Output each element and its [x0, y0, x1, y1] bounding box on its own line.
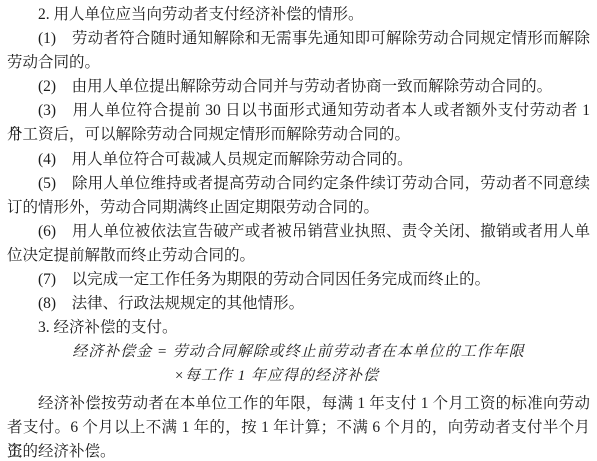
- document-page: 2. 用人单位应当向劳动者支付经济补偿的情形。 (1) 劳动者符合随时通知解除和…: [0, 0, 597, 461]
- doc-line-item1-cont: 劳动合同的。: [7, 51, 590, 75]
- doc-line-item6-cont: 位决定提前解散而终止劳动合同的。: [7, 244, 590, 268]
- doc-line-para: 经济补偿按劳动者在本单位工作的年限，每满 1 年支付 1 个月工资的标准向劳动: [7, 392, 590, 416]
- doc-line-item1: (1) 劳动者符合随时通知解除和无需事先通知即可解除劳动合同规定情形而解除: [7, 27, 590, 51]
- doc-line-item3-cont: 月工资后，可以解除劳动合同规定情形而解除劳动合同的。: [7, 123, 590, 147]
- doc-line-item6: (6) 用人单位被依法宣告破产或者被吊销营业执照、责令关闭、撤销或者用人单: [7, 220, 590, 244]
- doc-line-item7: (7) 以完成一定工作任务为期限的劳动合同因任务完成而终止的。: [7, 268, 590, 292]
- doc-line-item4: (4) 用人单位符合可裁减人员规定而解除劳动合同的。: [7, 148, 590, 172]
- doc-line-item3: (3) 用人单位符合提前 30 日以书面形式通知劳动者本人或者额外支付劳动者 1…: [7, 99, 590, 123]
- doc-line-heading-2: 2. 用人单位应当向劳动者支付经济补偿的情形。: [7, 3, 590, 27]
- doc-line-item5-cont: 订的情形外，劳动合同期满终止固定期限劳动合同的。: [7, 196, 590, 220]
- doc-line-item5: (5) 除用人单位维持或者提高劳动合同约定条件续订劳动合同，劳动者不同意续: [7, 172, 590, 196]
- doc-line-item2: (2) 由用人单位提出解除劳动合同并与劳动者协商一致而解除劳动合同的。: [7, 75, 590, 99]
- doc-line-item8: (8) 法律、行政法规规定的其他情形。: [7, 292, 590, 316]
- doc-line-para-cont: 者支付。6 个月以上不满 1 年的，按 1 年计算；不满 6 个月的，向劳动者支…: [7, 416, 590, 440]
- formula-line-2: ×每工作 1 年应得的经济补偿: [0, 364, 568, 388]
- formula-line-1: 经济补偿金 = 劳动合同解除或终止前劳动者在本单位的工作年限: [7, 340, 590, 364]
- doc-line-heading-3: 3. 经济补偿的支付。: [7, 316, 590, 340]
- doc-line-para-end: 资的经济补偿。: [7, 440, 590, 461]
